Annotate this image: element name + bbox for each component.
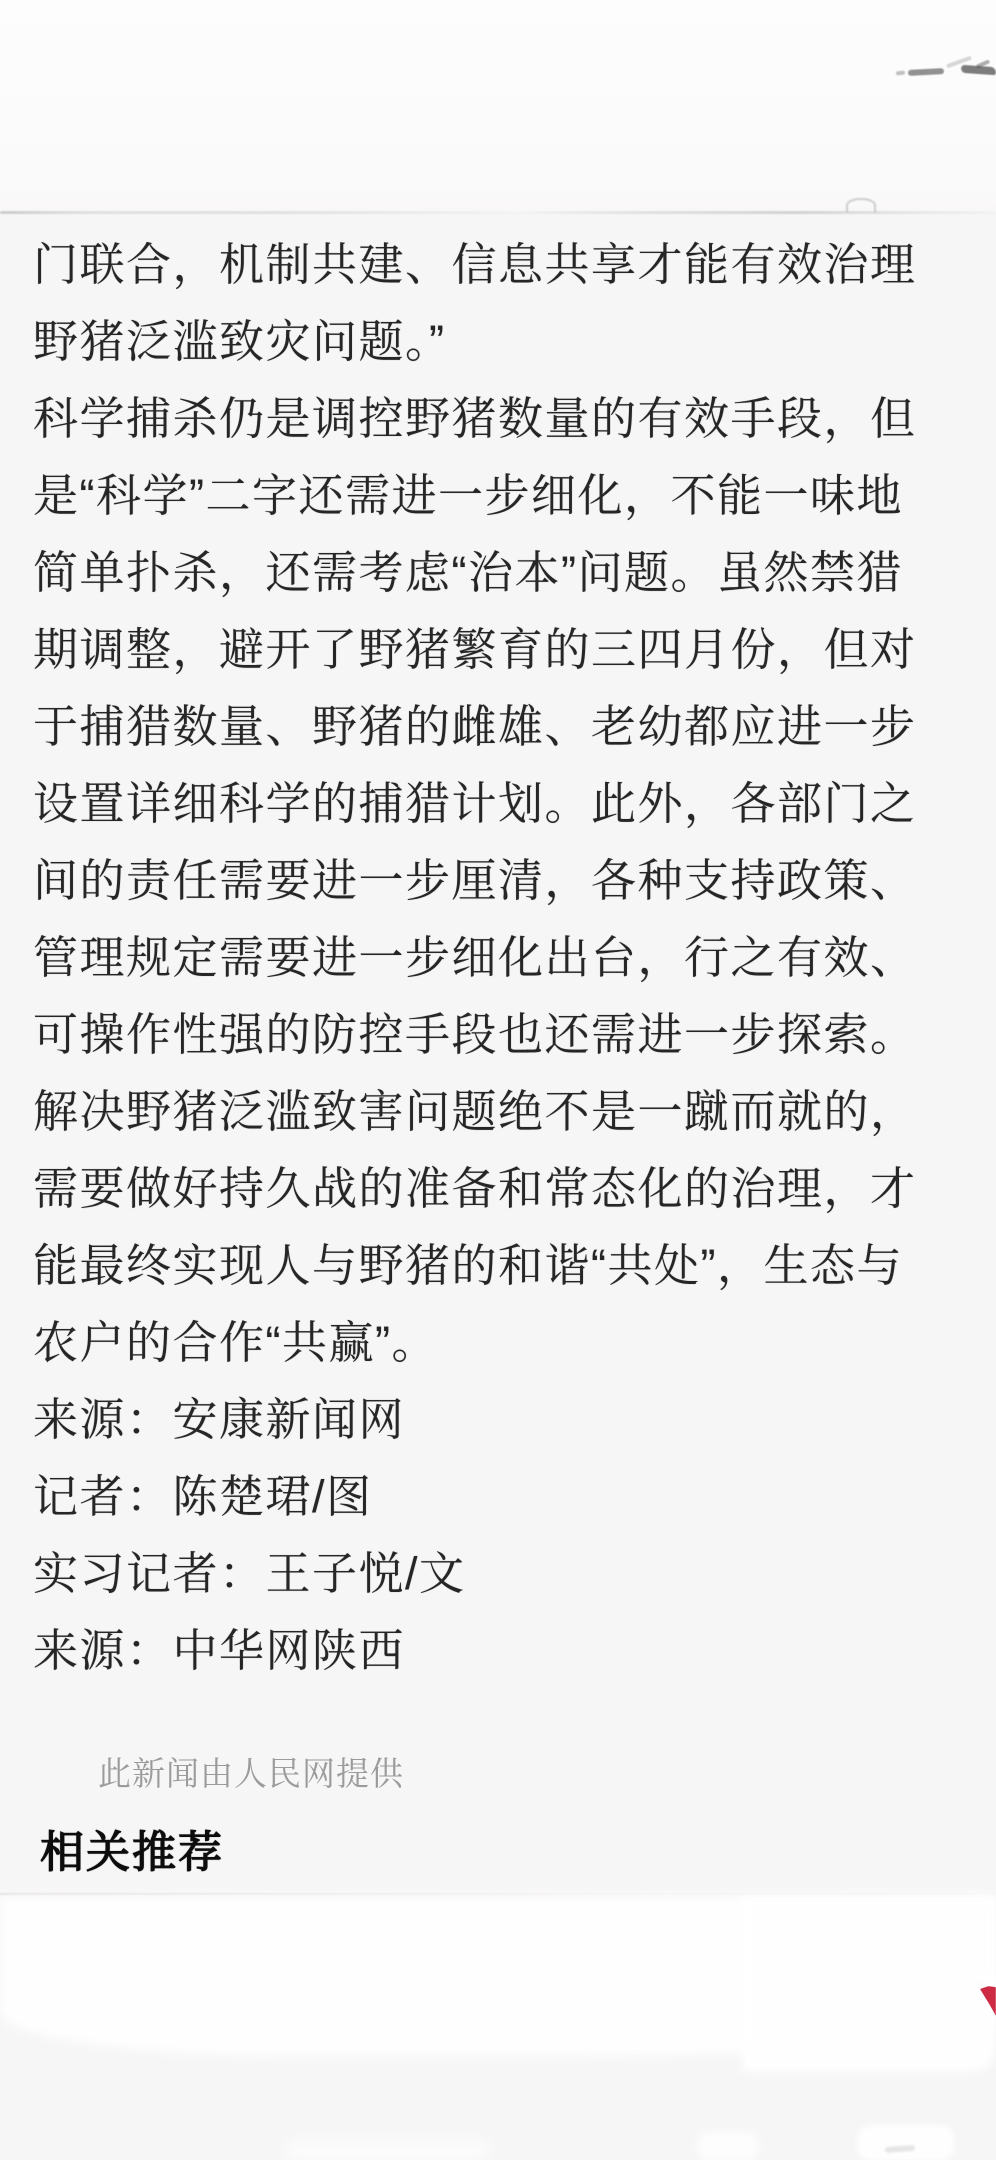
washed-image-remnant [698,2132,758,2160]
smudge-mark-icon [908,68,944,76]
section-divider [0,1893,996,1895]
washed-image-remnant [742,1896,996,2072]
article-line: 能最终实现人与野猪的和谐“共处”，生态与 [33,1223,972,1300]
related-recommendations-heading: 相关推荐 [40,1816,224,1880]
article-line: 门联合，机制共建、信息共享才能有效治理 [33,222,972,299]
article-line: 简单扑杀，还需考虑“治本”问题。虽然禁猎 [33,530,972,607]
seam-curl-mark [846,198,876,212]
washed-image-remnant [285,2140,490,2160]
washed-image-remnant [858,2126,954,2160]
article-line: 科学捕杀仍是调控野猪数量的有效手段，但 [33,376,972,453]
provider-note: 此新闻由人民网提供 [98,1748,404,1795]
article-line: 是“科学”二字还需进一步细化，不能一味地 [33,453,972,530]
article-body-text: 门联合，机制共建、信息共享才能有效治理野猪泛滥致灾问题。”科学捕杀仍是调控野猪数… [33,222,972,1685]
article-line: 期调整，避开了野猪繁育的三四月份，但对 [33,607,972,684]
article-line: 来源：中华网陕西 [33,1608,972,1685]
article-line: 设置详细科学的捕猎计划。此外，各部门之 [33,761,972,838]
news-article-page: 门联合，机制共建、信息共享才能有效治理野猪泛滥致灾问题。”科学捕杀仍是调控野猪数… [0,0,996,2160]
smudge-mark-icon [896,71,905,76]
top-blank-strip [0,0,996,212]
article-line: 管理规定需要进一步细化出台，行之有效、 [33,915,972,992]
article-line: 解决野猪泛滥致害问题绝不是一蹴而就的， [33,1069,972,1146]
article-line: 于捕猎数量、野猪的雌雄、老幼都应进一步 [33,684,972,761]
article-line: 需要做好持久战的准备和常态化的治理，才 [33,1146,972,1223]
article-line: 实习记者：王子悦/文 [33,1531,972,1608]
article-line: 可操作性强的防控手段也还需进一步探索。 [33,992,972,1069]
article-line: 间的责任需要进一步厘清，各种支持政策、 [33,838,972,915]
article-line: 记者：陈楚珺/图 [33,1454,972,1531]
article-line: 农户的合作“共赢”。 [33,1300,972,1377]
article-line: 野猪泛滥致灾问题。” [33,299,972,376]
article-line: 来源：安康新闻网 [33,1377,972,1454]
